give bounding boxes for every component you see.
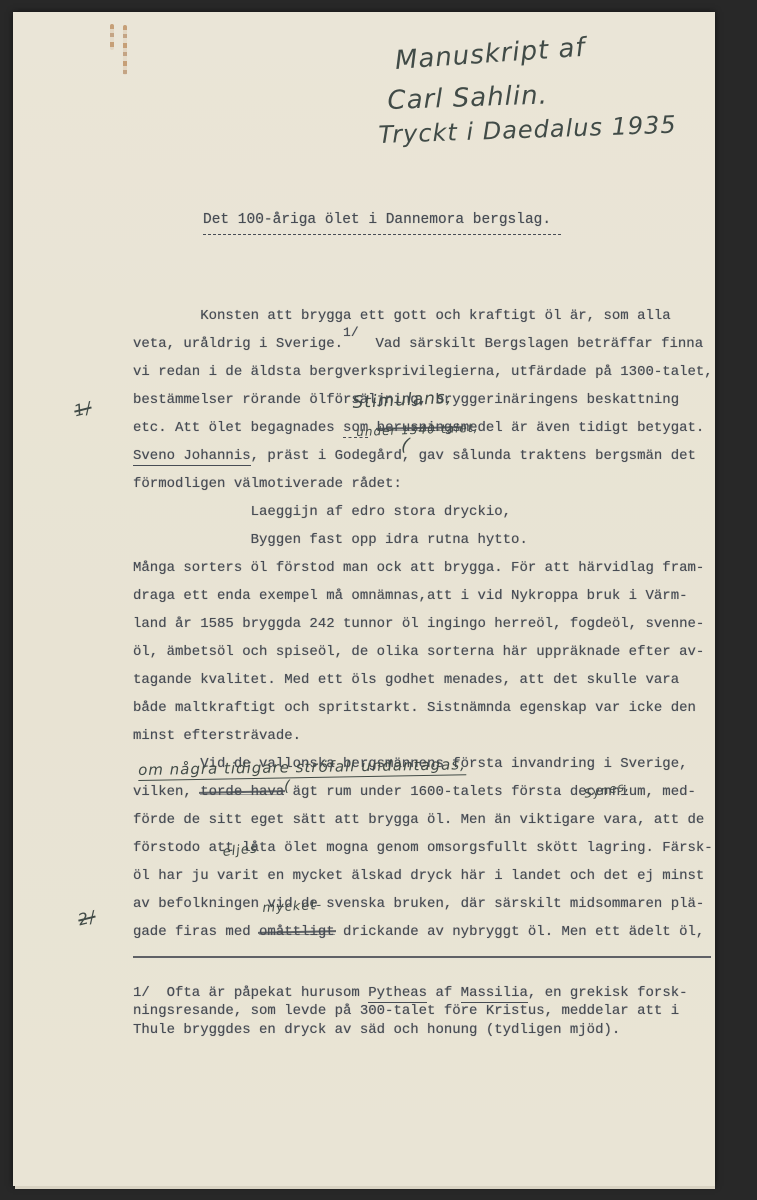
text-segment: land år 1585 bryggda 242 tunnor öl ingin… [133,616,704,632]
text-segment: Vad särskilt Bergslagen beträffar finna [359,336,703,352]
text-segment: ägt rum under 1600-talets första decenni… [284,784,696,800]
manuscript-page: Det 100-åriga ölet i Dannemora bergslag.… [13,12,715,1186]
segment-usolid: Pytheas [368,985,427,1003]
segment-strike: berusnings [377,420,461,436]
document-title: Det 100-åriga ölet i Dannemora bergslag. [203,210,561,235]
segment-strike: omåttligt [259,924,335,940]
typed-line: gade firas med omåttligt drickande av ny… [133,918,713,946]
scanned-manuscript-photo: { "colors": { "backdrop": "#282828", "pa… [0,0,757,1200]
text-segment: vilken, [133,784,200,800]
segment-usolid: Massilia [461,985,528,1003]
footnote-line: ningsresande, som levde på 300-talet för… [133,1002,688,1020]
typed-line: Laeggijn af edro stora dryckio, [133,498,713,526]
typed-line: bestämmelser rörande ölförsäljning, bryg… [133,386,713,414]
typed-line: Sveno Johannis, präst i Godegård, gav så… [133,442,713,470]
text-segment: 1/ Ofta är påpekat hurusom [133,985,368,1001]
text-segment: ningsresande, som levde på 300-talet för… [133,1003,679,1019]
typed-line: Konsten att brygga ett gott och kraftigt… [133,302,713,330]
text-segment: medel är även tidigt betygat. [461,420,705,436]
segment-sup: 1/ [343,325,359,340]
typed-line: Vid de vallonska bergsmännens första inv… [133,750,713,778]
text-segment: minst eftersträvade. [133,728,301,744]
text-segment: Byggen fast opp idra rutna hytto. [133,532,528,548]
text-segment: Konsten att brygga ett gott och kraftigt… [133,308,671,324]
text-segment: förmodligen välmotiverade rådet: [133,476,402,492]
text-segment: förde de sitt eget sätt att brygga öl. M… [133,812,704,828]
footnote-line: Thule bryggdes en dryck av säd och honun… [133,1021,688,1039]
typed-line: förstodo att låta ölet mogna genom omsor… [133,834,713,862]
typed-body: Konsten att brygga ett gott och kraftigt… [133,302,713,946]
typed-line: etc. Att ölet begagnades som berusningsm… [133,414,713,442]
typed-line: förmodligen välmotiverade rådet: [133,470,713,498]
text-segment: Vid de vallonska bergsmännens första inv… [133,756,688,772]
text-segment: af [427,985,461,1001]
rust-stain [123,25,127,75]
text-segment: drickande av nybryggt öl. Men ett ädelt … [335,924,705,940]
typed-line: veta, uråldrig i Sverige.1/ Vad särskilt… [133,330,713,358]
text-segment: av befolkningen vid de svenska bruken, d… [133,896,704,912]
typed-line: Många sorters öl förstod man ock att bry… [133,554,713,582]
text-segment: Laeggijn af edro stora dryckio, [133,504,511,520]
text-segment: , en grekisk forsk- [528,985,688,1001]
text-segment: öl, ämbetsöl och spiseöl, de olika sorte… [133,644,704,660]
text-segment: öl har ju varit en mycket älskad dryck h… [133,868,704,884]
text-segment: vi redan i de äldsta bergverksprivilegie… [133,364,713,380]
text-segment: veta, uråldrig i Sverige. [133,336,343,352]
typed-line: land år 1585 bryggda 242 tunnor öl ingin… [133,610,713,638]
typed-line: minst eftersträvade. [133,722,713,750]
text-segment: tagande kvalitet. Med ett öls godhet men… [133,672,679,688]
typed-line: både maltkraftigt och spritstarkt. Sistn… [133,694,713,722]
text-segment: Många sorters öl förstod man ock att bry… [133,560,704,576]
typed-line: öl, ämbetsöl och spiseöl, de olika sorte… [133,638,713,666]
text-segment: Thule bryggdes en dryck av säd och honun… [133,1022,620,1038]
rust-stain [110,24,114,50]
typed-line: av befolkningen vid de svenska bruken, d… [133,890,713,918]
text-segment: , präst i Godegård, gav sålunda traktens… [251,448,696,464]
segment-udash: som [343,420,368,438]
footnote-separator [133,956,711,958]
typed-line: draga ett enda exempel må omnämnas,att i… [133,582,713,610]
segment-strike: torde hava [200,784,284,800]
typed-line: Byggen fast opp idra rutna hytto. [133,526,713,554]
footnote: 1/ Ofta är påpekat hurusom Pytheas af Ma… [133,984,688,1039]
typed-line: öl har ju varit en mycket älskad dryck h… [133,862,713,890]
typed-line: förde de sitt eget sätt att brygga öl. M… [133,806,713,834]
typed-line: vilken, torde hava ägt rum under 1600-ta… [133,778,713,806]
typed-line: vi redan i de äldsta bergverksprivilegie… [133,358,713,386]
text-segment: draga ett enda exempel må omnämnas,att i… [133,588,688,604]
text-segment: gade firas med [133,924,259,940]
text-segment: både maltkraftigt och spritstarkt. Sistn… [133,700,696,716]
footnote-line: 1/ Ofta är påpekat hurusom Pytheas af Ma… [133,984,688,1002]
text-segment: förstodo att låta ölet mogna genom omsor… [133,840,713,856]
typed-line: tagande kvalitet. Med ett öls godhet men… [133,666,713,694]
text-segment: bestämmelser rörande ölförsäljning, bryg… [133,392,679,408]
segment-usolid: Sveno Johannis [133,448,251,466]
text-segment: etc. Att ölet begagnades [133,420,343,436]
